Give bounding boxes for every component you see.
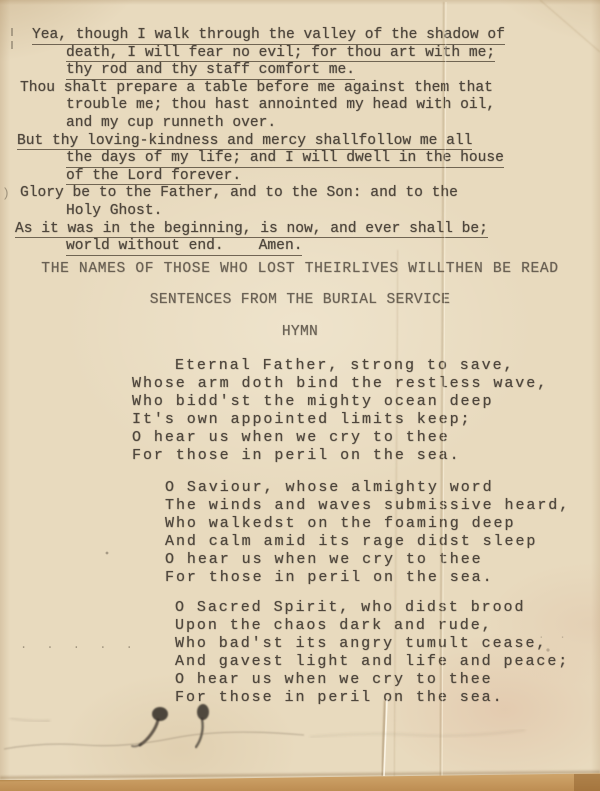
psalm-line: the days of my life; and I will dwell in… — [66, 150, 590, 168]
hymn-line: O hear us when we cry to thee — [175, 671, 570, 689]
psalm-line: Holy Ghost. — [66, 203, 590, 221]
hymn-line: Who walkedst on the foaming deep — [165, 515, 570, 533]
names-heading: THE NAMES OF THOSE WHO LOST THEIRLIVES W… — [0, 261, 600, 277]
paper-page: Yea, though I walk through the valley of… — [0, 0, 600, 780]
psalm-line: As it was in the beginning, is now, and … — [15, 221, 590, 239]
psalm-line: trouble me; thou hast annointed my head … — [66, 97, 590, 115]
hymn-line: O Saviour, whose almighty word — [165, 479, 570, 497]
psalm-line: of the Lord forever. — [66, 168, 590, 186]
psalm-line: world without end. Amen. — [66, 238, 590, 256]
hymn-line: Whose arm doth bind the restless wave, — [132, 375, 570, 393]
hymn-line: And calm amid its rage didst sleep — [165, 533, 570, 551]
hymn-stanza: O Sacred Spirit, who didst broodUpon the… — [175, 599, 570, 707]
hymn-line: And gavest light and life and peace; — [175, 653, 570, 671]
psalm-line: Thou shalt prepare a table before me aga… — [20, 80, 590, 98]
hymn-line: Who bad'st its angry tumult cease, — [175, 635, 570, 653]
sentences-heading: SENTENCES FROM THE BURIAL SERVICE — [0, 292, 600, 308]
pencil-paren-mark: ) — [2, 186, 10, 201]
hymn-line: It's own appointed limits keep; — [132, 411, 570, 429]
hymn-line: O hear us when we cry to thee — [165, 551, 570, 569]
scanned-document: Yea, though I walk through the valley of… — [0, 0, 600, 791]
psalm-line: thy rod and thy staff comfort me. — [66, 62, 590, 80]
hymn-line: O Sacred Spirit, who didst brood — [175, 599, 570, 617]
psalm-block: Yea, though I walk through the valley of… — [20, 27, 590, 256]
hymn-stanza: Eternal Father, strong to save,Whose arm… — [132, 357, 570, 465]
hymn-line: Who bidd'st the mighty ocean deep — [132, 393, 570, 411]
hymn-stanza: O Saviour, whose almighty wordThe winds … — [165, 479, 570, 587]
psalm-line: Glory be to the Father, and to the Son: … — [20, 185, 590, 203]
psalm-line: But thy loving-kindness and mercy shallf… — [17, 133, 590, 151]
psalm-line: death, I will fear no evil; for thou art… — [66, 45, 590, 63]
pencil-dots-left: . . . . . — [20, 638, 139, 652]
hymn-line: O hear us when we cry to thee — [132, 429, 570, 447]
hymn-line: Eternal Father, strong to save, — [175, 357, 570, 375]
pencil-tick — [11, 41, 13, 49]
hymn-line: The winds and waves submissive heard, — [165, 497, 570, 515]
backing-board-dark-patch — [574, 774, 600, 791]
hymn-block: Eternal Father, strong to save,Whose arm… — [132, 357, 570, 721]
pencil-tick — [11, 28, 13, 36]
hymn-line: Upon the chaos dark and rude, — [175, 617, 570, 635]
pencil-dots-right: . . — [538, 630, 570, 642]
psalm-line: and my cup runneth over. — [66, 115, 590, 133]
hymn-line: For those in peril on the sea. — [132, 447, 570, 465]
hymn-line: For those in peril on the sea. — [165, 569, 570, 587]
psalm-line: Yea, though I walk through the valley of… — [32, 27, 590, 45]
hymn-heading: HYMN — [0, 324, 600, 340]
hymn-line: For those in peril on the sea. — [175, 689, 570, 707]
